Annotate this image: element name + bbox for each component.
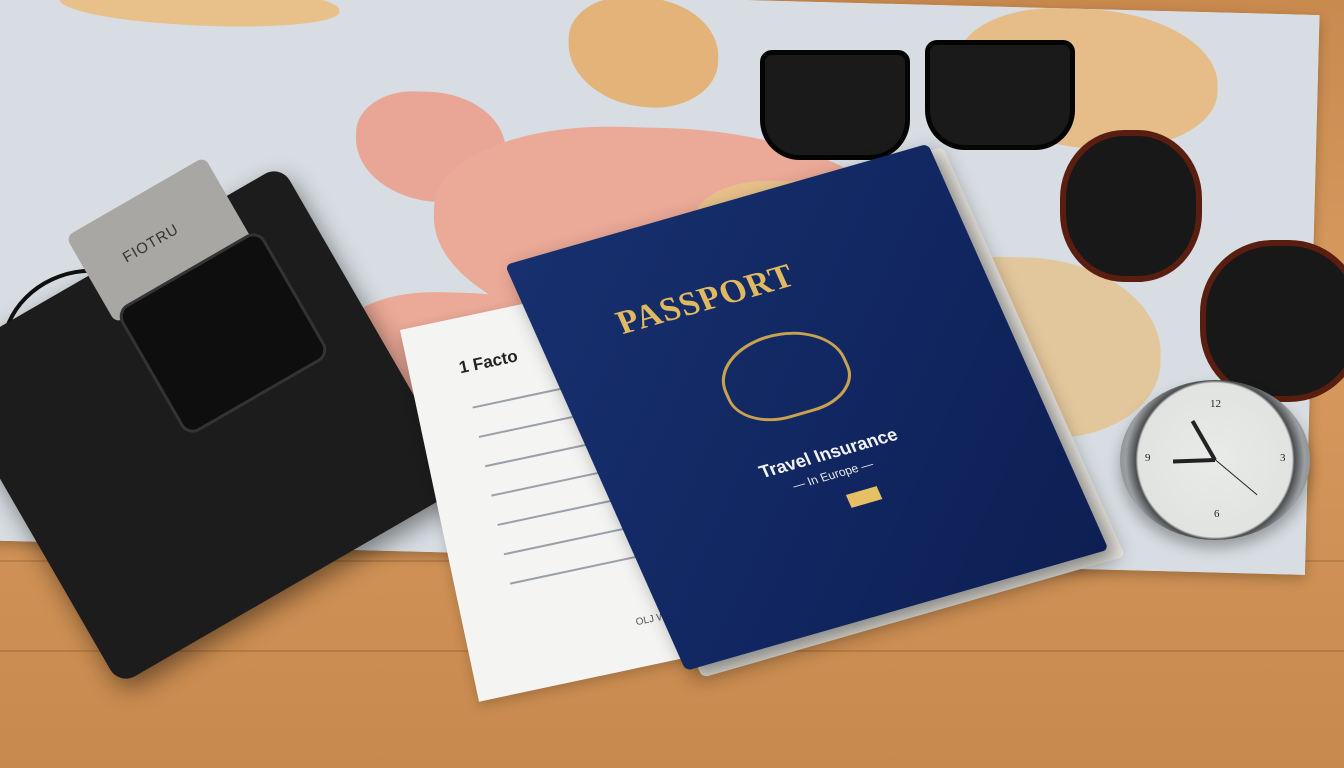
document-heading: 1 Facto [457,346,519,378]
sunglasses-lens-bottom [1200,240,1344,402]
pocket-clock: 12 3 6 9 [1120,380,1310,540]
clock-hour-hand [1173,458,1215,463]
clock-numeral: 3 [1280,452,1286,464]
clock-numeral: 9 [1145,452,1151,464]
clock-minute-hand [1191,420,1217,461]
sunglasses-tortoise [1060,100,1344,410]
passport-title: PASSPORT [611,257,801,342]
passport-chip-icon [846,486,883,508]
clock-second-hand [1215,459,1258,495]
sunglasses-lens-left [760,50,910,160]
sunglasses-lens-right [925,40,1075,150]
clock-numeral: 6 [1214,508,1220,520]
sunglasses-lens-top [1060,130,1202,282]
coat-of-arms-icon [707,318,863,432]
camera: FIOTRU [0,150,410,610]
sunglasses-black [740,30,1080,160]
clock-numeral: 12 [1210,398,1221,410]
